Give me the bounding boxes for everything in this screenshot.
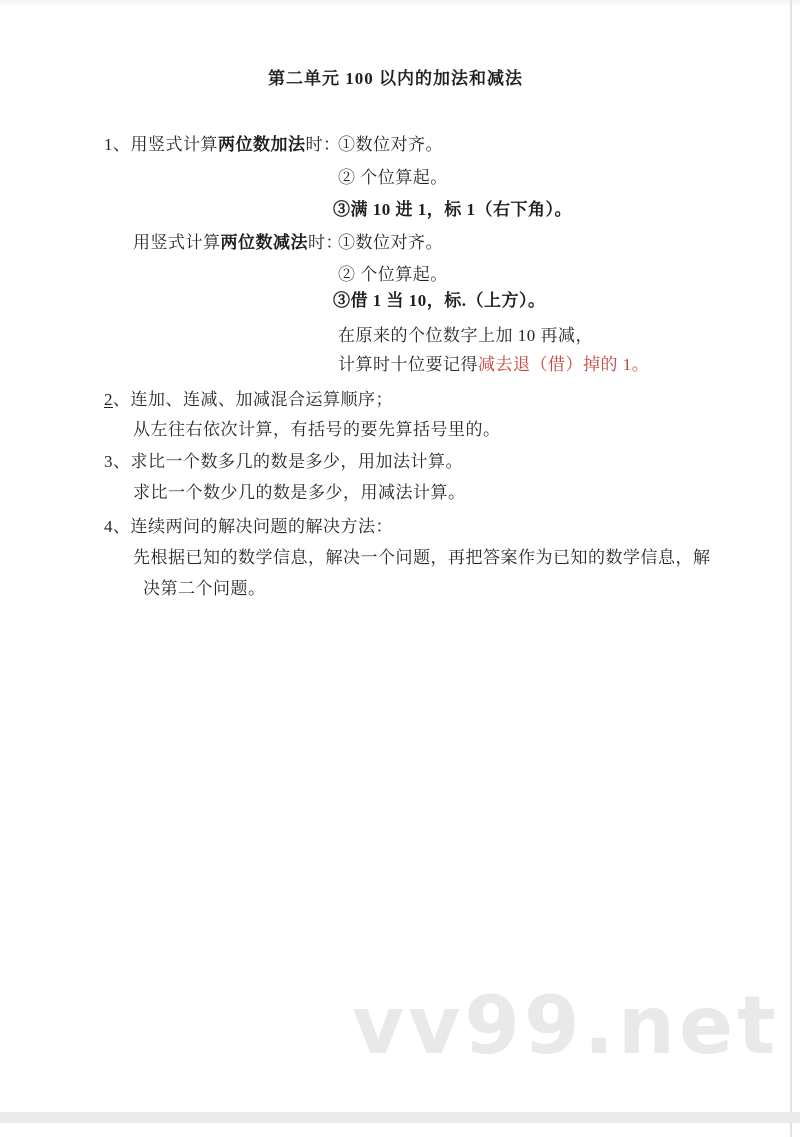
- item-3-line-1: 3、求比一个数多几的数是多少，用加法计算。: [104, 450, 463, 473]
- item-4-line-2: 先根据已知的数学信息，解决一个问题，再把答案作为已知的数学信息，解: [133, 546, 711, 569]
- item-4-number: 4、: [104, 517, 131, 536]
- item-1-pre: 用竖式计算: [131, 135, 219, 154]
- page-title: 第二单元 100 以内的加法和减法: [0, 64, 791, 89]
- item-2-line-2: 从左往右依次计算，有括号的要先算括号里的。: [133, 418, 501, 441]
- document-page: 第二单元 100 以内的加法和减法 1、用竖式计算两位数加法时： ①数位对齐。 …: [0, 0, 800, 1137]
- item-4-line-1: 4、连续两问的解决问题的解决方法：: [104, 515, 393, 538]
- addition-step-2: ② 个位算起。: [338, 166, 448, 189]
- subtraction-note-2-red: 减去退（借）掉的 1。: [478, 355, 649, 374]
- item-2-separator: 、: [113, 390, 131, 409]
- page-top-shadow: [0, 0, 800, 6]
- subtraction-step-1: ①数位对齐。: [338, 231, 443, 254]
- watermark: vv99.net: [352, 986, 779, 1066]
- item-4-line-3: 决第二个问题。: [143, 577, 266, 600]
- item-1-bold-term: 两位数加法: [218, 135, 306, 154]
- subtraction-step-3: ③借 1 当 10，标.（上方）。: [333, 289, 546, 312]
- item-2-line-1: 2、连加、连减、加减混合运算顺序；: [104, 388, 393, 411]
- subtraction-note-2: 计算时十位要记得减去退（借）掉的 1。: [338, 353, 649, 376]
- subtraction-note-2-black: 计算时十位要记得: [338, 355, 478, 374]
- item-4-text: 连续两问的解决问题的解决方法：: [131, 517, 394, 536]
- item-1-post: 时：: [306, 135, 341, 154]
- subtraction-lead: 用竖式计算两位数减法时：: [133, 231, 343, 254]
- item-2-text: 连加、连减、加减混合运算顺序；: [131, 390, 394, 409]
- page-break-gap: [0, 1112, 800, 1123]
- subtraction-step-2: ② 个位算起。: [338, 263, 448, 286]
- item-3-number: 3、: [104, 452, 131, 471]
- item-1-number: 1、: [104, 135, 131, 154]
- subtraction-note-1: 在原来的个位数字上加 10 再减，: [338, 324, 593, 347]
- item-1-lead: 1、用竖式计算两位数加法时：: [104, 133, 341, 156]
- page-right-edge: [790, 0, 792, 1137]
- subtraction-bold-term: 两位数减法: [221, 233, 309, 252]
- item-3-line-2: 求比一个数少几的数是多少，用减法计算。: [133, 481, 466, 504]
- item-2-number: 2: [104, 390, 113, 409]
- addition-step-3: ③满 10 进 1，标 1（右下角）。: [333, 198, 572, 221]
- subtraction-pre: 用竖式计算: [133, 233, 221, 252]
- addition-step-1: ①数位对齐。: [338, 133, 443, 156]
- item-3-text: 求比一个数多几的数是多少，用加法计算。: [131, 452, 464, 471]
